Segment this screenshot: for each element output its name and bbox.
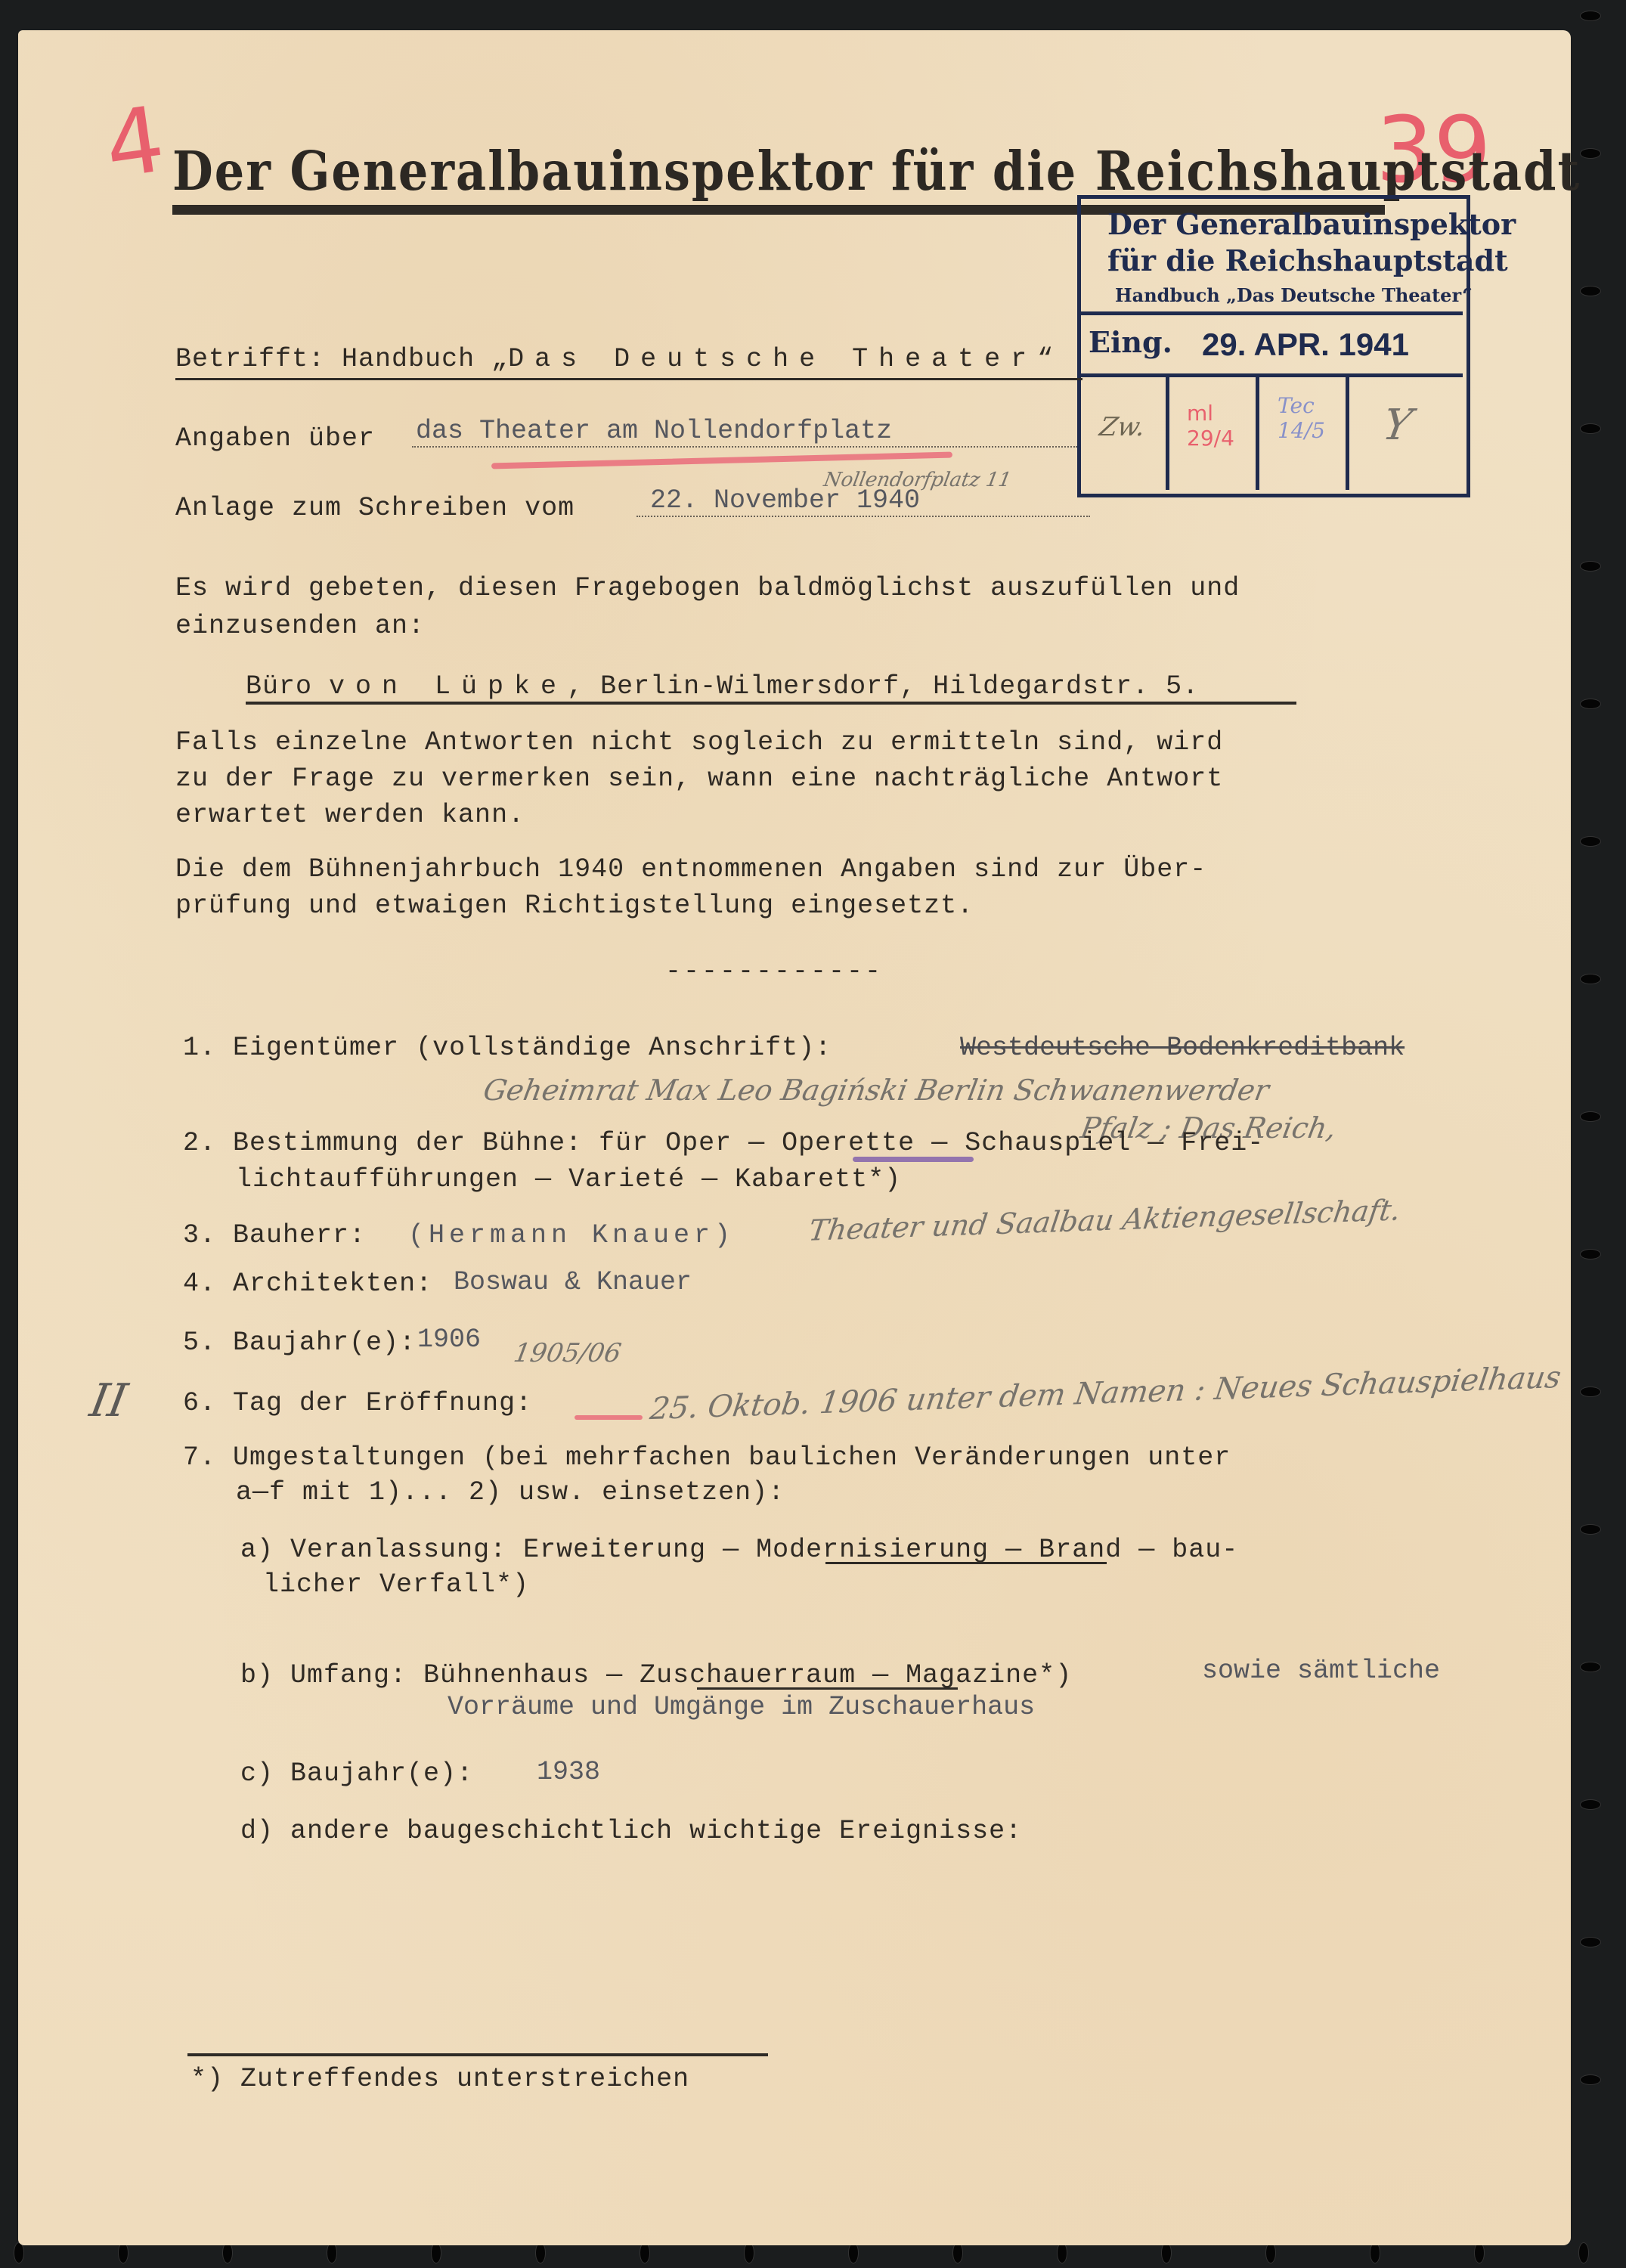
info-about-label: Angaben über — [175, 423, 375, 454]
q1-number: 1. — [183, 1033, 216, 1063]
q7b-text: Umfang: Bühnenhaus — Zuschauerraum — Mag… — [290, 1660, 1072, 1690]
q7a-text: Veranlassung: Erweiterung — Modernisieru… — [290, 1535, 1238, 1565]
footnote-rule — [187, 2053, 768, 2056]
stamp-received-date: 29. APR. 1941 — [1202, 327, 1409, 363]
instructions-p3-line1: Die dem Bühnenjahrbuch 1940 entnommenen … — [175, 854, 1206, 885]
address-underline — [246, 702, 1296, 705]
stamp-cell-2: ml 29/4 — [1187, 401, 1247, 451]
address-rest: , Berlin-Wilmersdorf, Hildegardstr. 5. — [567, 671, 1199, 702]
q2-selection-underline — [853, 1157, 974, 1162]
question-1: 1. Eigentümer (vollständige Anschrift): — [183, 1033, 832, 1063]
question-5: 5. Baujahr(e): — [183, 1328, 416, 1358]
instructions-p1-line2: einzusenden an: — [175, 611, 425, 641]
stamp-cell-3: Tec 14/5 — [1278, 393, 1338, 443]
info-about-field-line — [412, 446, 1077, 448]
q7b-selection-underline — [697, 1687, 958, 1690]
subject-prefix: Handbuch „ — [342, 344, 508, 374]
q5-label: Baujahr(e): — [233, 1328, 416, 1358]
q1-handwritten-line1: Geheimrat Max Leo Bagiński Berlin Schwan… — [481, 1074, 1271, 1107]
q7b-addition-line1: sowie sämtliche — [1202, 1656, 1440, 1686]
attachment-label: Anlage zum Schreiben vom — [175, 493, 575, 523]
question-7b-line1: b) Umfang: Bühnenhaus — Zuschauerraum — … — [240, 1660, 1072, 1690]
stamp-line-2: für die Reichshauptstadt — [1107, 243, 1508, 277]
question-7d: d) andere baugeschichtlich wichtige Erei… — [240, 1816, 1022, 1846]
subject-rule — [175, 378, 1082, 380]
q4-number: 4. — [183, 1269, 216, 1299]
question-4: 4. Architekten: — [183, 1269, 432, 1299]
q7b-letter: b) — [240, 1660, 274, 1690]
question-2-line1: 2. Bestimmung der Bühne: für Oper — Oper… — [183, 1128, 1264, 1158]
stamp-received-label: Eing. — [1089, 325, 1172, 359]
q7d-letter: d) — [240, 1816, 274, 1846]
q7d-label: andere baugeschichtlich wichtige Ereigni… — [290, 1816, 1022, 1846]
q6-red-mark — [575, 1415, 643, 1420]
instructions-p2-line3: erwartet werden kann. — [175, 800, 525, 830]
subject-suffix: “ — [1037, 344, 1054, 374]
stamp-line-1: Der Generalbauinspektor — [1107, 207, 1516, 241]
q2-options-line1: für Oper — Operette — Schauspiel — Frei- — [599, 1128, 1264, 1158]
q3-typed-answer: (Hermann Knauer) — [408, 1220, 735, 1250]
question-7a-line1: a) Veranlassung: Erweiterung — Modernisi… — [240, 1535, 1238, 1565]
address-office: Büro — [246, 671, 312, 702]
q3-label: Bauherr: — [233, 1220, 366, 1250]
section-separator: ------------ — [665, 956, 883, 987]
q6-label: Tag der Eröffnung: — [233, 1388, 532, 1418]
q7c-typed-answer: 1938 — [537, 1757, 600, 1787]
q2-label: Bestimmung der Bühne: — [233, 1128, 582, 1158]
q7c-label: Baujahr(e): — [290, 1758, 473, 1789]
q6-number: 6. — [183, 1388, 216, 1418]
stamp-line-3: Handbuch „Das Deutsche Theater“ — [1115, 284, 1473, 306]
q7-number: 7. — [183, 1442, 216, 1473]
info-about-value[interactable]: das Theater am Nollendorfplatz — [416, 416, 892, 446]
footnote: *) Zutreffendes unterstreichen — [190, 2064, 689, 2094]
question-3: 3. Bauherr: — [183, 1220, 366, 1250]
q7-text: Umgestaltungen (bei mehrfachen baulichen… — [233, 1442, 1231, 1473]
q4-typed-answer: Boswau & Knauer — [454, 1267, 692, 1297]
question-7-line2: a—f mit 1)... 2) usw. einsetzen): — [236, 1477, 785, 1507]
binder-holes-right — [1580, 0, 1610, 2268]
attachment-field-line — [636, 516, 1090, 517]
instructions-p2-line1: Falls einzelne Antworten nicht sogleich … — [175, 727, 1223, 758]
q2-number: 2. — [183, 1128, 216, 1158]
q7a-letter: a) — [240, 1535, 274, 1565]
question-7c: c) Baujahr(e): — [240, 1758, 473, 1789]
question-7a-line2: licher Verfall*) — [263, 1569, 529, 1600]
stamp-cell-1: Zw. — [1097, 412, 1147, 442]
recipient-address: Büro von Lüpke, Berlin-Wilmersdorf, Hild… — [246, 671, 1199, 702]
subject-label: Betrifft: — [175, 344, 325, 374]
q7c-letter: c) — [240, 1758, 274, 1789]
q1-label: Eigentümer (vollständige Anschrift): — [233, 1033, 832, 1063]
q4-label: Architekten: — [233, 1269, 432, 1299]
q5-handwritten: 1905/06 — [511, 1338, 623, 1368]
question-6: 6. Tag der Eröffnung: — [183, 1388, 532, 1418]
attachment-value[interactable]: 22. November 1940 — [650, 485, 920, 516]
subject-line: Betrifft: Handbuch „Das Deutsche Theater… — [175, 344, 1054, 374]
instructions-p2-line2: zu der Frage zu vermerken sein, wann ein… — [175, 764, 1223, 794]
question-7-line1: 7. Umgestaltungen (bei mehrfachen baulic… — [183, 1442, 1231, 1473]
q3-number: 3. — [183, 1220, 216, 1250]
address-name: von Lüpke — [329, 671, 567, 702]
instructions-p1-line1: Es wird gebeten, diesen Fragebogen baldm… — [175, 573, 1240, 603]
q5-typed-answer: 1906 — [417, 1325, 481, 1355]
q7a-selection-underline — [825, 1562, 1107, 1564]
q5-number: 5. — [183, 1328, 216, 1358]
letterhead-title: Der Generalbauinspektor für die Reichsha… — [172, 140, 1581, 203]
question-2-line2: lichtaufführungen — Varieté — Kabarett*) — [236, 1164, 901, 1194]
q7b-addition-line2: Vorräume und Umgänge im Zuschauerhaus — [448, 1692, 1035, 1722]
q1-struck-answer: Westdeutsche Bodenkreditbank — [960, 1033, 1405, 1063]
subject-value: Das Deutsche Theater — [508, 344, 1037, 374]
instructions-p3-line2: prüfung und etwaigen Richtigstellung ein… — [175, 891, 974, 921]
